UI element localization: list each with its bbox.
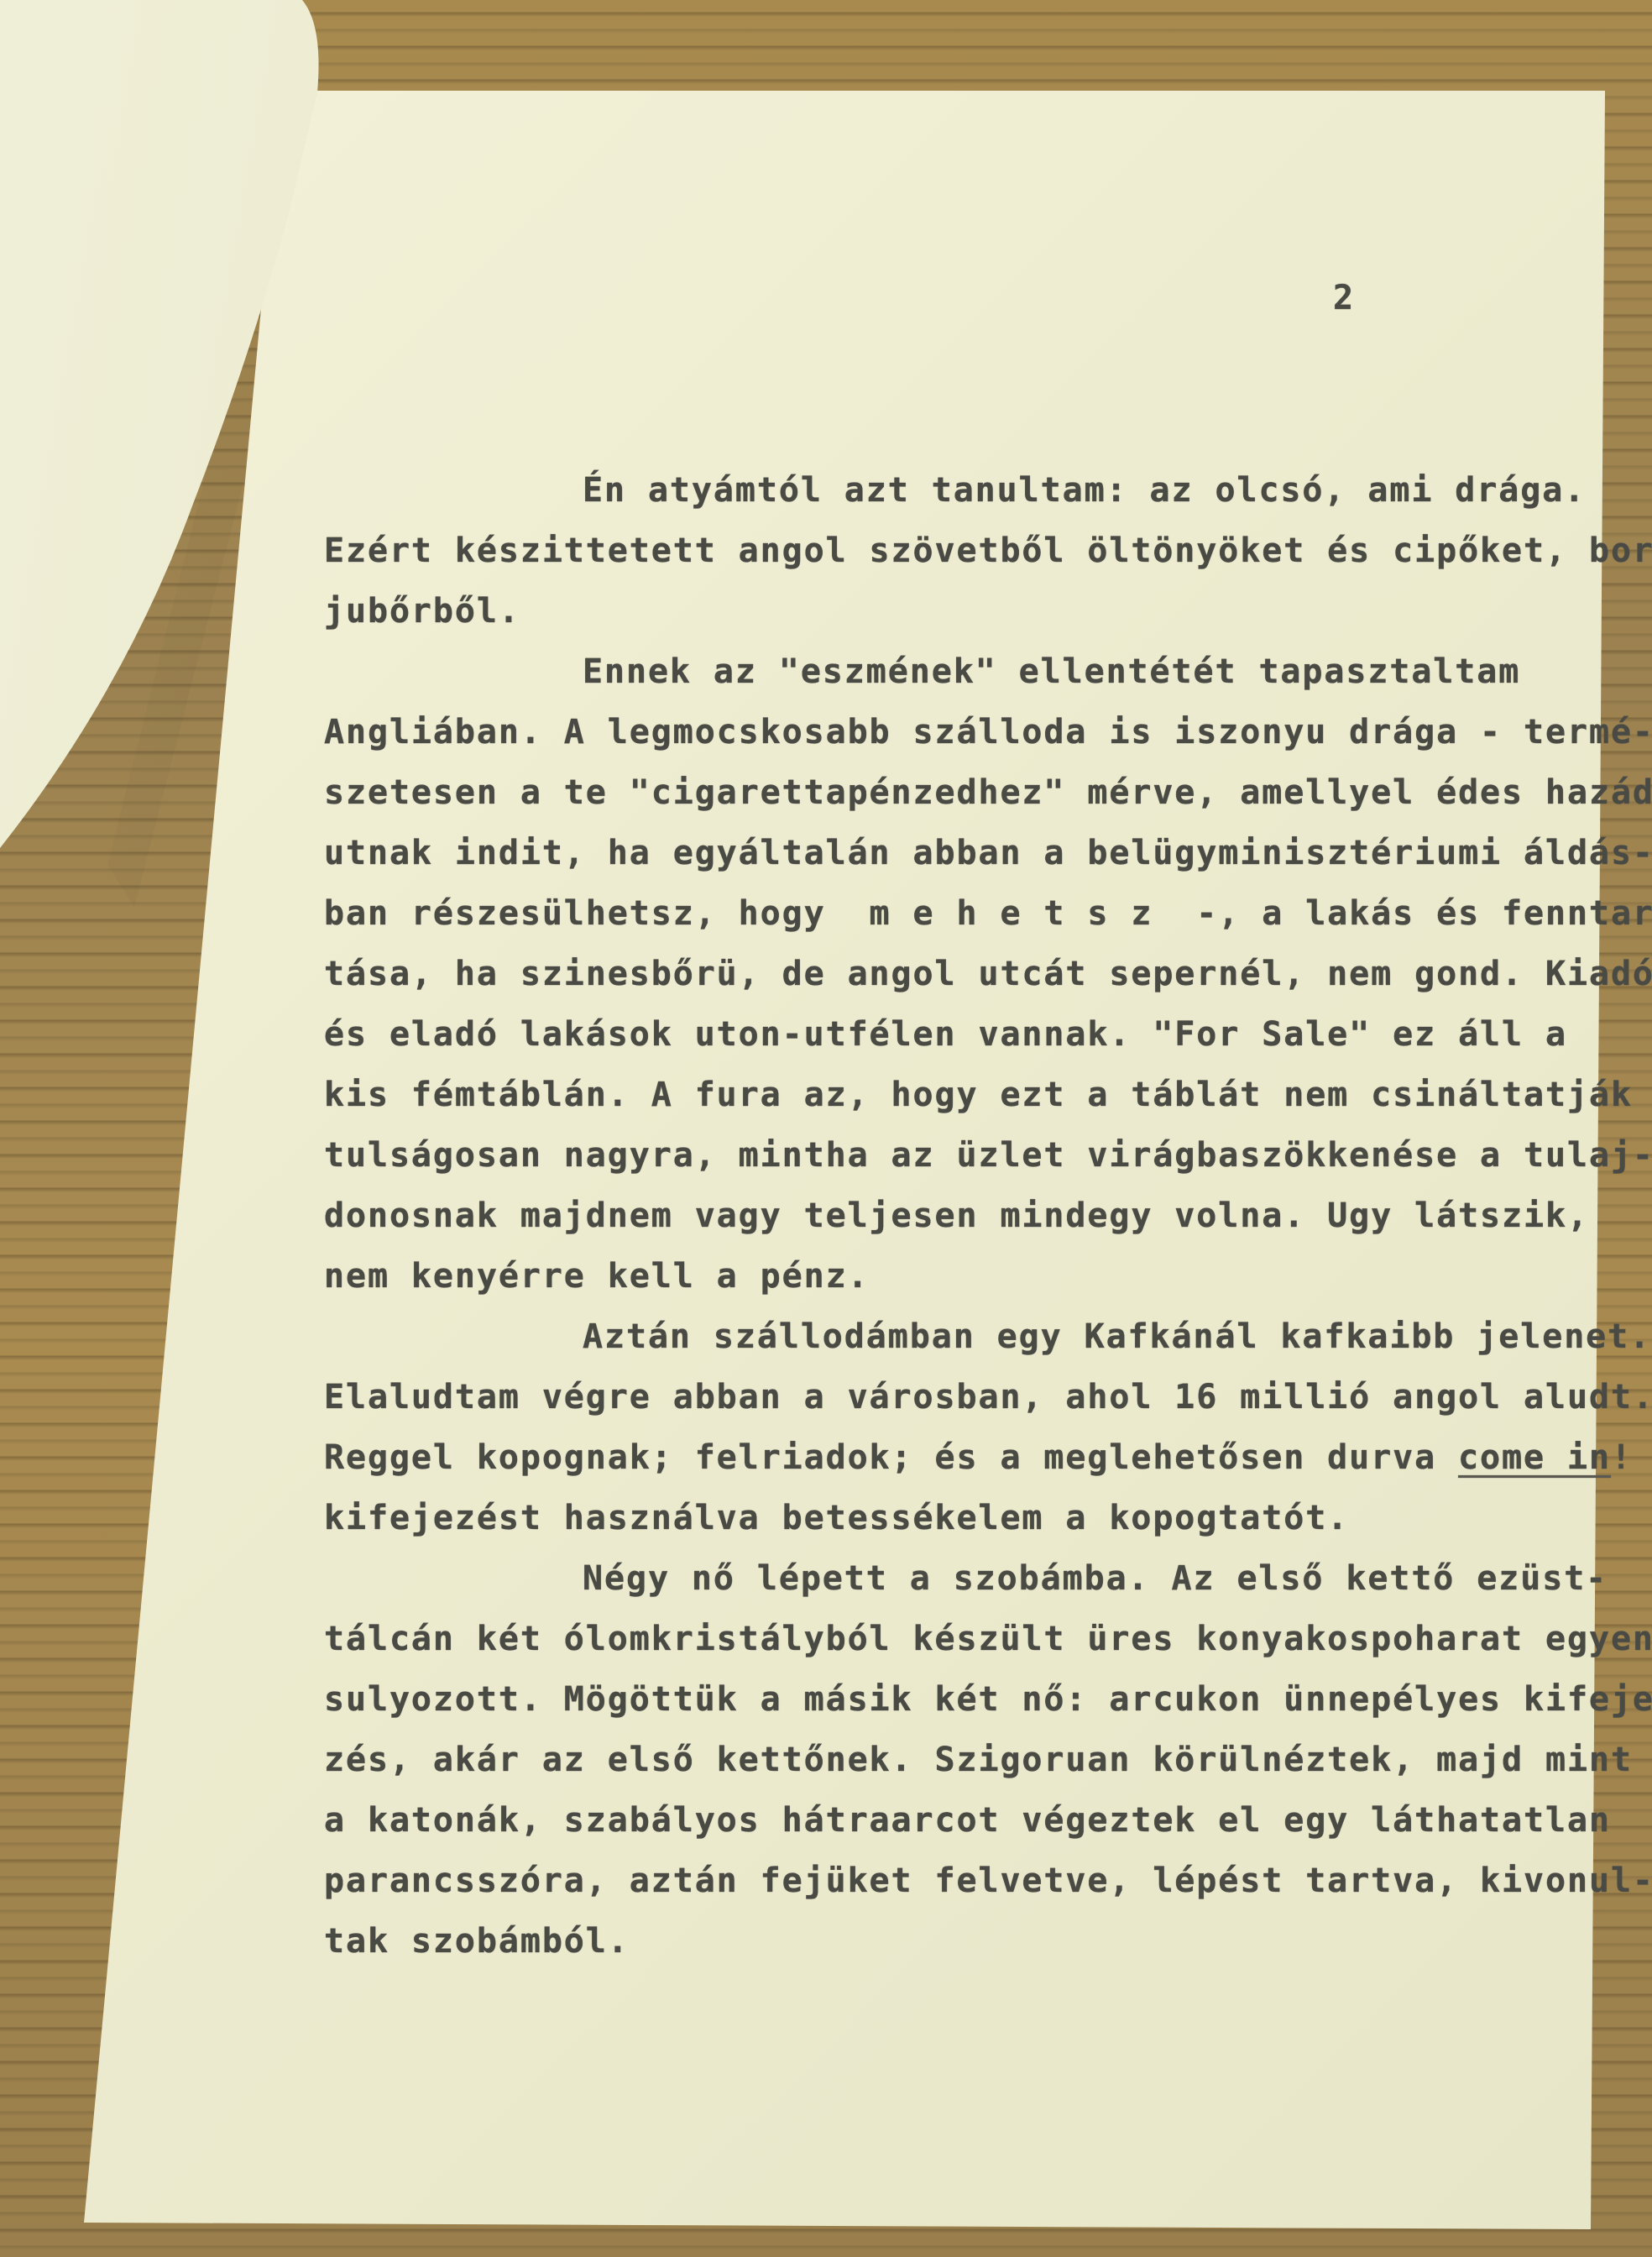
page-number: 2 — [1333, 279, 1355, 317]
text-line: ban részesülhetsz, hogy m e h e t s z -,… — [324, 883, 1516, 944]
text-segment: ! — [1611, 1438, 1633, 1477]
text-line: parancsszóra, aztán fejüket felvetve, lé… — [324, 1851, 1516, 1911]
text-line: Angliában. A legmocskosabb szálloda is i… — [324, 702, 1516, 762]
text-line: és eladó lakások uton-utfélen vannak. "F… — [324, 1004, 1516, 1065]
text-line: Én atyámtól azt tanultam: az olcsó, ami … — [324, 460, 1516, 521]
text-line: Aztán szállodámban egy Kafkánál kafkaibb… — [324, 1307, 1516, 1367]
text-line: kifejezést használva betessékelem a kopo… — [324, 1488, 1516, 1548]
text-line: tása, ha szinesbőrü, de angol utcát sepe… — [324, 944, 1516, 1004]
typed-text-body: Én atyámtól azt tanultam: az olcsó, ami … — [324, 460, 1516, 1972]
text-line: tulságosan nagyra, mintha az üzlet virág… — [324, 1125, 1516, 1186]
text-line: Négy nő lépett a szobámba. Az első kettő… — [324, 1548, 1516, 1609]
underlined-phrase: come in — [1458, 1438, 1611, 1477]
text-line: a katonák, szabályos hátraarcot végeztek… — [324, 1790, 1516, 1851]
text-line: nem kenyérre kell a pénz. — [324, 1246, 1516, 1307]
text-line: Ennek az "eszmének" ellentétét tapasztal… — [324, 641, 1516, 702]
text-line: Reggel kopognak; felriadok; és a meglehe… — [324, 1427, 1516, 1488]
text-line: sulyozott. Mögöttük a másik két nő: arcu… — [324, 1669, 1516, 1730]
text-segment: Reggel kopognak; felriadok; és a meglehe… — [324, 1438, 1458, 1477]
text-line: donosnak majdnem vagy teljesen mindegy v… — [324, 1186, 1516, 1246]
text-line: zés, akár az első kettőnek. Szigoruan kö… — [324, 1730, 1516, 1790]
text-line: kis fémtáblán. A fura az, hogy ezt a táb… — [324, 1065, 1516, 1125]
text-line: utnak indit, ha egyáltalán abban a belüg… — [324, 823, 1516, 883]
text-line: tálcán két ólomkristályból készült üres … — [324, 1609, 1516, 1669]
text-line: tak szobámból. — [324, 1911, 1516, 1972]
text-line: Elaludtam végre abban a városban, ahol 1… — [324, 1367, 1516, 1427]
text-line: szetesen a te "cigarettapénzedhez" mérve… — [324, 762, 1516, 823]
text-line: Ezért készittetett angol szövetből öltön… — [324, 521, 1516, 581]
text-line: jubőrből. — [324, 581, 1516, 641]
